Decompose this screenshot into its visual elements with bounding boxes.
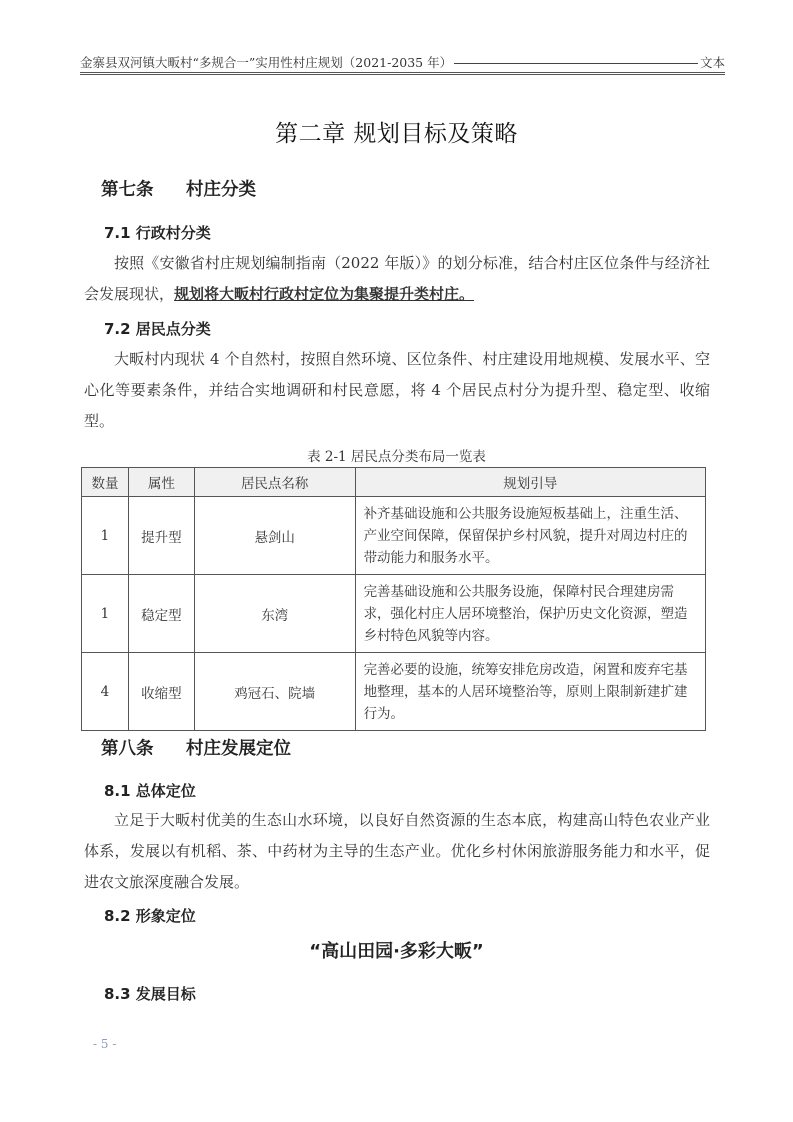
section-7-1-heading: 7.1 行政村分类 [104, 222, 211, 243]
settlement-classification-table: 数量 属性 居民点名称 规划引导 1 提升型 悬剑山 补齐基础设施和公共服务设施… [81, 467, 706, 731]
section-7-1-paragraph: 按照《安徽省村庄规划编制指南（2022 年版）》的划分标准，结合村庄区位条件与经… [84, 248, 710, 310]
chapter-title: 第二章 规划目标及策略 [0, 115, 793, 148]
column-header-count: 数量 [82, 468, 129, 497]
document-title: 金寨县双河镇大畈村“多规合一”实用性村庄规划（2021-2035 年） [80, 55, 452, 71]
cell-type: 提升型 [128, 497, 194, 575]
section-8-2-heading: 8.2 形象定位 [104, 905, 196, 926]
cell-settlement-name: 鸡冠石、院墙 [194, 653, 355, 731]
emphasized-conclusion: 规划将大畈村行政村定位为集聚提升类村庄。 [174, 285, 474, 303]
cell-count: 1 [82, 497, 129, 575]
section-8-1-heading: 8.1 总体定位 [104, 780, 196, 801]
cell-planning-guide: 完善基础设施和公共服务设施，保障村民合理建房需求，强化村庄人居环境整治，保护历史… [355, 575, 705, 653]
article-number: 第七条 [101, 176, 186, 201]
section-8-3-heading: 8.3 发展目标 [104, 983, 196, 1004]
cell-settlement-name: 东湾 [194, 575, 355, 653]
article-number: 第八条 [101, 735, 186, 760]
cell-settlement-name: 悬剑山 [194, 497, 355, 575]
table-header-row: 数量 属性 居民点名称 规划引导 [82, 468, 706, 497]
cell-count: 4 [82, 653, 129, 731]
cell-planning-guide: 补齐基础设施和公共服务设施短板基础上，注重生活、产业空间保障，保留保护乡村风貌，… [355, 497, 705, 575]
article-title: 村庄发展定位 [186, 739, 291, 759]
section-7-2-paragraph: 大畈村内现状 4 个自然村，按照自然环境、区位条件、村庄建设用地规模、发展水平、… [84, 344, 710, 437]
cell-type: 收缩型 [128, 653, 194, 731]
article-8-heading: 第八条村庄发展定位 [101, 735, 291, 760]
table-caption: 表 2-1 居民点分类布局一览表 [0, 445, 793, 465]
document-type-label: 文本 [700, 55, 725, 71]
header-rule [454, 63, 698, 64]
column-header-settlement-name: 居民点名称 [194, 468, 355, 497]
article-7-heading: 第七条村庄分类 [101, 176, 256, 201]
image-positioning-slogan: “高山田园·多彩大畈” [0, 937, 793, 963]
table-row: 4 收缩型 鸡冠石、院墙 完善必要的设施，统筹安排危房改造，闲置和废弃宅基地整理… [82, 653, 706, 731]
running-header: 金寨县双河镇大畈村“多规合一”实用性村庄规划（2021-2035 年） 文本 [80, 55, 725, 75]
section-7-2-heading: 7.2 居民点分类 [104, 318, 211, 339]
article-title: 村庄分类 [186, 180, 256, 200]
cell-planning-guide: 完善必要的设施，统筹安排危房改造，闲置和废弃宅基地整理，基本的人居环境整治等，原… [355, 653, 705, 731]
cell-type: 稳定型 [128, 575, 194, 653]
cell-count: 1 [82, 575, 129, 653]
column-header-type: 属性 [128, 468, 194, 497]
column-header-planning-guide: 规划引导 [355, 468, 705, 497]
table-row: 1 稳定型 东湾 完善基础设施和公共服务设施，保障村民合理建房需求，强化村庄人居… [82, 575, 706, 653]
section-8-1-paragraph: 立足于大畈村优美的生态山水环境，以良好自然资源的生态本底，构建高山特色农业产业体… [84, 805, 710, 898]
table-row: 1 提升型 悬剑山 补齐基础设施和公共服务设施短板基础上，注重生活、产业空间保障… [82, 497, 706, 575]
page-number: - 5 - [93, 1037, 116, 1051]
